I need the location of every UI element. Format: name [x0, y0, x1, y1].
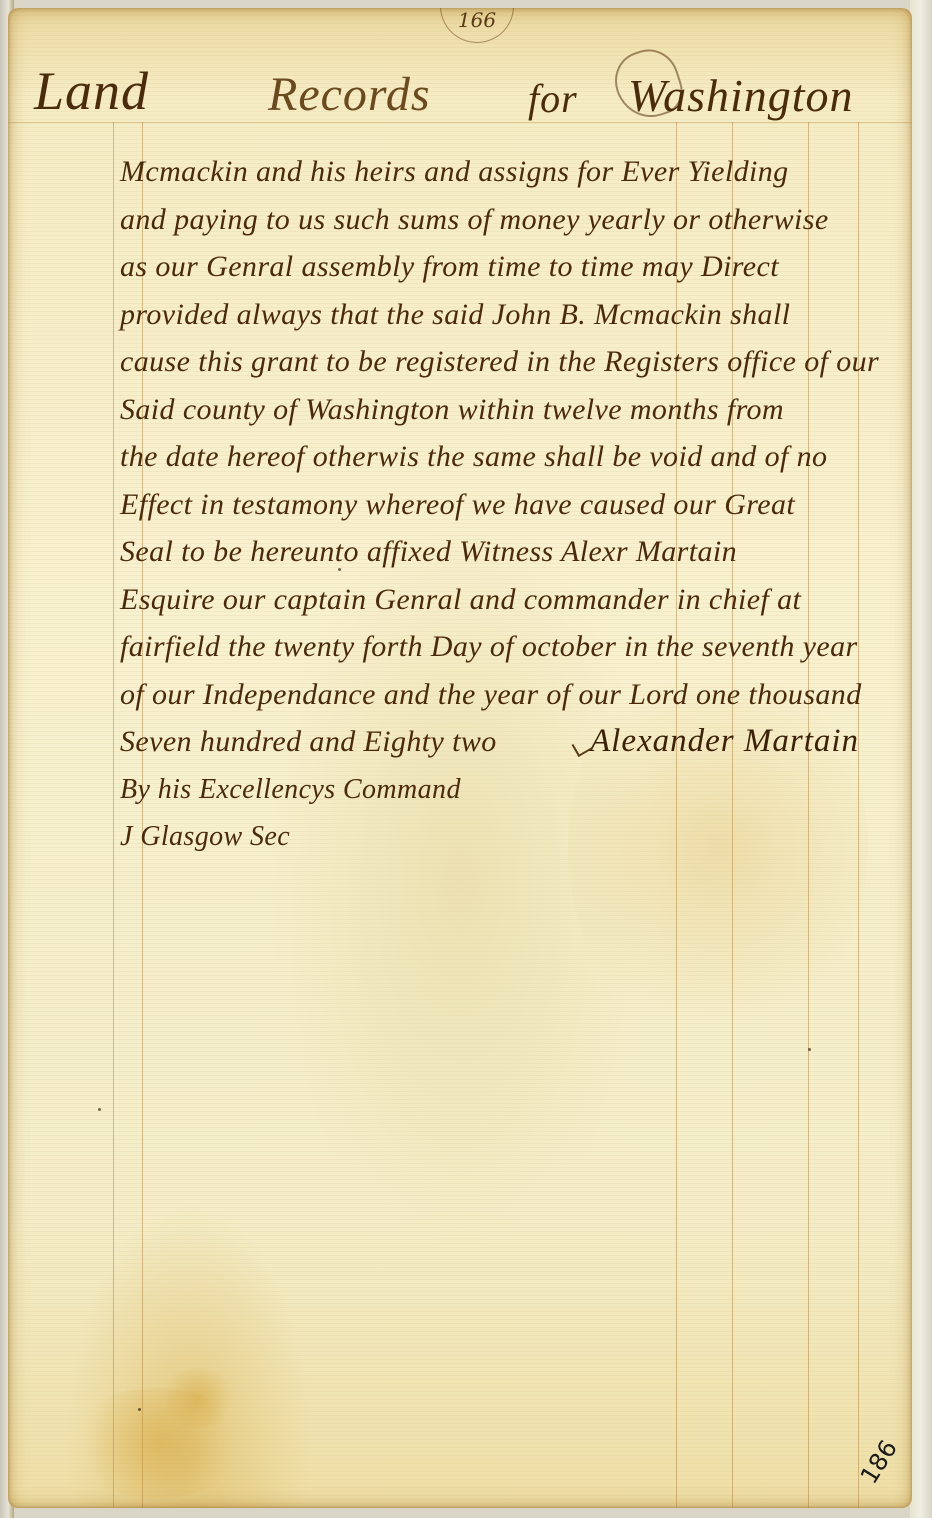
- heading-for: for: [528, 75, 578, 122]
- folio-number: 166: [440, 8, 514, 43]
- corner-page-number: 186: [855, 1435, 903, 1489]
- text-line: fairfield the twenty forth Day of octobe…: [120, 623, 900, 671]
- heading-washington: Washington: [628, 69, 854, 122]
- page-heading: Land Records for Washington: [28, 48, 892, 128]
- book-binding-right: [910, 0, 932, 1518]
- heading-records: Records: [268, 67, 431, 122]
- text-line: Mcmackin and his heirs and assigns for E…: [120, 148, 900, 196]
- text-line: of our Independance and the year of our …: [120, 671, 900, 719]
- text-line: the date hereof otherwis the same shall …: [120, 433, 900, 481]
- ink-speck: [808, 1048, 811, 1051]
- margin-rule-left-outer: [113, 122, 114, 1508]
- attestation-line: By his Excellencys Command: [120, 766, 900, 814]
- ink-speck: [98, 1108, 101, 1111]
- text-line-with-signature: Seven hundred and Eighty two Alexander M…: [120, 718, 900, 766]
- text-line: provided always that the said John B. Mc…: [120, 291, 900, 339]
- closing-date-text: Seven hundred and Eighty two: [120, 725, 497, 758]
- secretary-signature: J Glasgow Sec: [120, 813, 900, 861]
- text-line: Seal to be hereunto affixed Witness Alex…: [120, 528, 900, 576]
- ledger-page: 166 Land Records for Washington Mcmackin…: [8, 8, 912, 1508]
- text-line: Effect in testamony whereof we have caus…: [120, 481, 900, 529]
- water-stain: [158, 1368, 238, 1428]
- governor-signature: Alexander Martain: [590, 718, 859, 766]
- ink-speck: [138, 1408, 141, 1411]
- text-line: cause this grant to be registered in the…: [120, 338, 900, 386]
- text-line: and paying to us such sums of money year…: [120, 196, 900, 244]
- text-line: Esquire our captain Genral and commander…: [120, 576, 900, 624]
- text-line: Said county of Washington within twelve …: [120, 386, 900, 434]
- text-line: as our Genral assembly from time to time…: [120, 243, 900, 291]
- heading-land: Land: [34, 60, 149, 122]
- deed-text: Mcmackin and his heirs and assigns for E…: [120, 148, 900, 861]
